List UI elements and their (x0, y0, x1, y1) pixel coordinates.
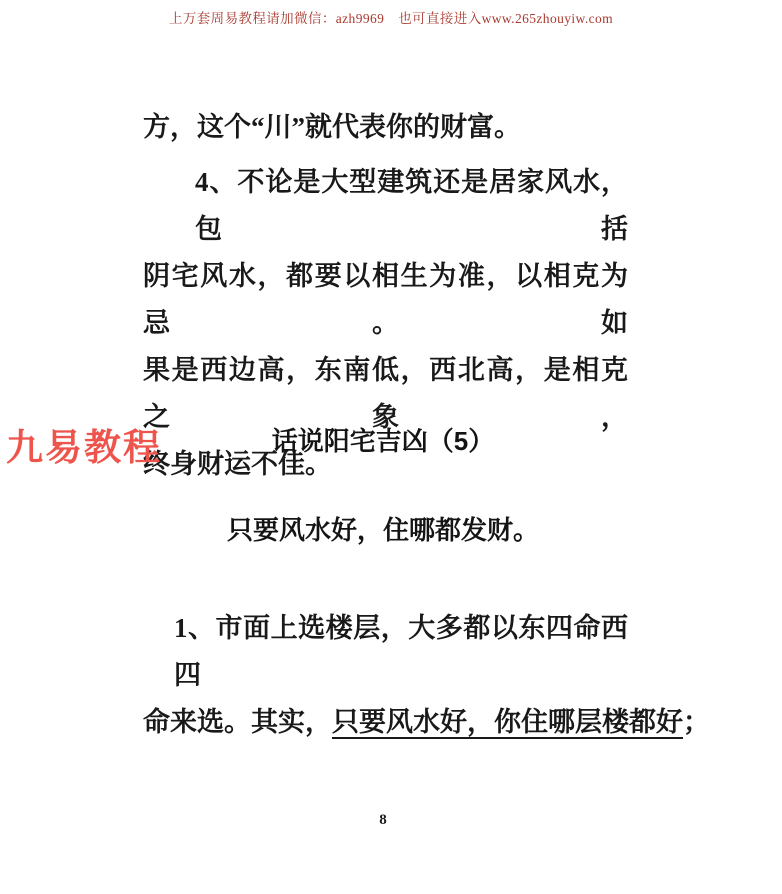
paragraph-3: 1、市面上选楼层，大多都以东四命西四 命来选。其实，只要风水好，你住哪层楼都好； (143, 605, 628, 746)
section-subtitle: 只要风水好，住哪都发财。 (143, 512, 623, 548)
watermark-logo-text: 九易教程 (6, 426, 162, 470)
paragraph-3-line-2-suffix: ； (683, 707, 710, 737)
paragraph-2-line-2: 阴宅风水，都要以相生为准，以相克为忌。如 (143, 253, 628, 347)
paragraph-1-line-1: 方，这个“川”就代表你的财富。 (143, 104, 628, 151)
paragraph-2-line-1: 4、不论是大型建筑还是居家风水，包括 (143, 159, 628, 253)
paragraph-3-line-2-prefix: 命来选。其实， (143, 707, 332, 737)
document-page: 上万套周易教程请加微信：azh9969 也可直接进入www.265zhouyiw… (0, 0, 782, 894)
section-title: 话说阳宅吉凶（5） (143, 421, 623, 461)
paragraph-3-line-1: 1、市面上选楼层，大多都以东四命西四 (143, 605, 628, 699)
emphasis-underlined-phrase: 只要风水好，你住哪层楼都好 (332, 707, 683, 737)
header-ad-text: 上万套周易教程请加微信：azh9969 也可直接进入www.265zhouyiw… (0, 7, 782, 27)
paragraph-1: 方，这个“川”就代表你的财富。 (143, 104, 628, 151)
paragraph-3-line-2: 命来选。其实，只要风水好，你住哪层楼都好； (143, 699, 628, 746)
page-number: 8 (143, 812, 623, 829)
